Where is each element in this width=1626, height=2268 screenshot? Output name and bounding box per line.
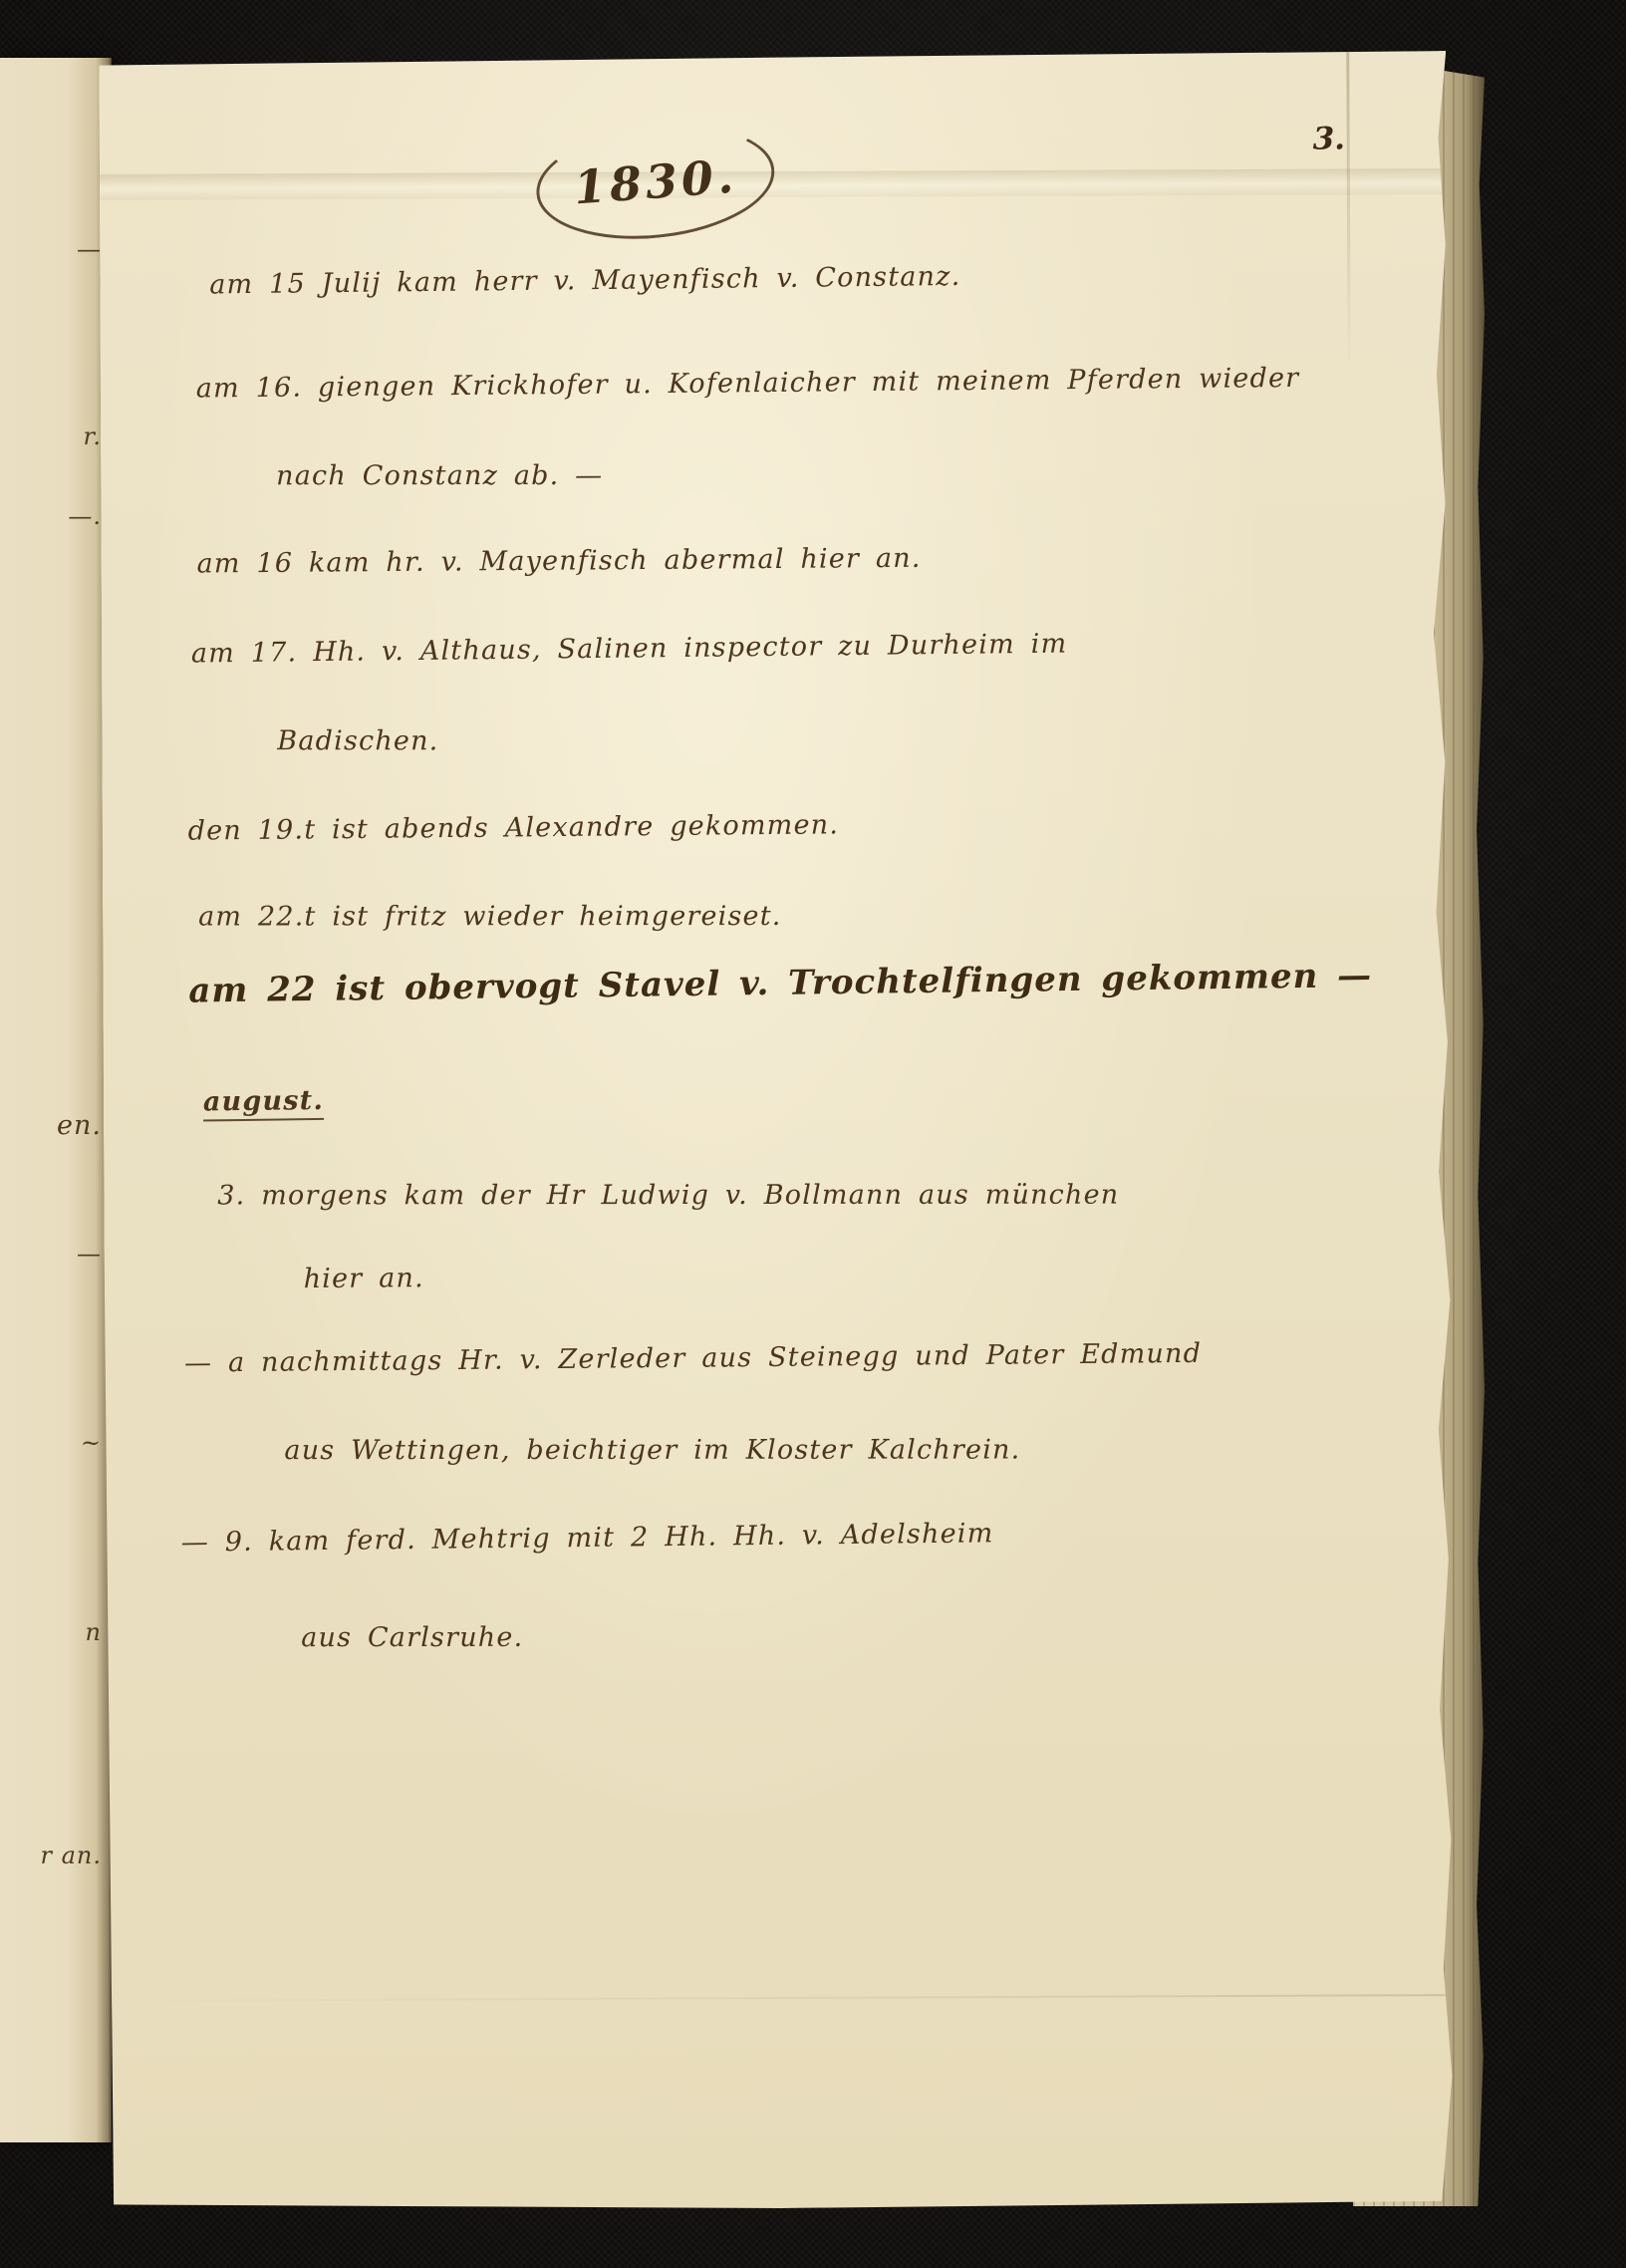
- fold-crease: [108, 1994, 1455, 2002]
- manuscript-line: — 9. kam ferd. Mehtrig mit 2 Hh. Hh. v. …: [181, 1518, 994, 1558]
- manuscript-line: am 16 kam hr. v. Mayenfisch abermal hier…: [196, 543, 921, 580]
- manuscript-line: hier an.: [304, 1263, 424, 1294]
- manuscript-line: Badischen.: [277, 725, 438, 756]
- ink-fragment: —: [77, 1240, 102, 1268]
- manuscript-line: am 17. Hh. v. Althaus, Salinen inspector…: [191, 629, 1068, 670]
- manuscript-line: — a nachmittags Hr. v. Zerleder aus Stei…: [184, 1338, 1202, 1379]
- manuscript-line: am 22.t ist fritz wieder heimgereiset.: [198, 901, 782, 933]
- facing-page-edge: — r. —. en. — ~ n r an.: [0, 58, 112, 2142]
- ink-fragment: ~: [81, 1429, 102, 1457]
- page-number: 3.: [1313, 122, 1346, 157]
- manuscript-line: den 19.t ist abends Alexandre gekommen.: [188, 809, 840, 846]
- fold-crease: [1346, 51, 1350, 370]
- year-heading: 1830.: [536, 126, 775, 238]
- photograph-stage: { "colors": { "ink": "#4b351d", "paper":…: [0, 0, 1626, 2268]
- manuscript-line: am 22 ist obervogt Stavel v. Trochtelfin…: [188, 956, 1372, 1011]
- manuscript-line: aus Carlsruhe.: [301, 1622, 523, 1653]
- ink-fragment: r.: [84, 423, 102, 450]
- month-heading: august.: [203, 1085, 325, 1122]
- manuscript-line: am 15 Julij kam herr v. Mayenfisch v. Co…: [209, 261, 960, 301]
- manuscript-line: aus Wettingen, beichtiger im Kloster Kal…: [284, 1435, 1020, 1467]
- manuscript-line: nach Constanz ab. —: [276, 460, 603, 491]
- manuscript-line: am 16. giengen Krickhofer u. Kofenlaiche…: [196, 363, 1300, 405]
- ink-fragment: —: [77, 235, 102, 263]
- manuscript-line: 3. morgens kam der Hr Ludwig v. Bollmann…: [217, 1180, 1119, 1212]
- manuscript-page: 1830. 3. am 15 Julij kam herr v. Mayenfi…: [99, 51, 1455, 2211]
- ink-fragment: —.: [68, 502, 102, 530]
- ink-fragment: r an.: [41, 1842, 103, 1869]
- ink-fragment: n: [86, 1618, 102, 1646]
- ink-fragment: en.: [57, 1110, 102, 1141]
